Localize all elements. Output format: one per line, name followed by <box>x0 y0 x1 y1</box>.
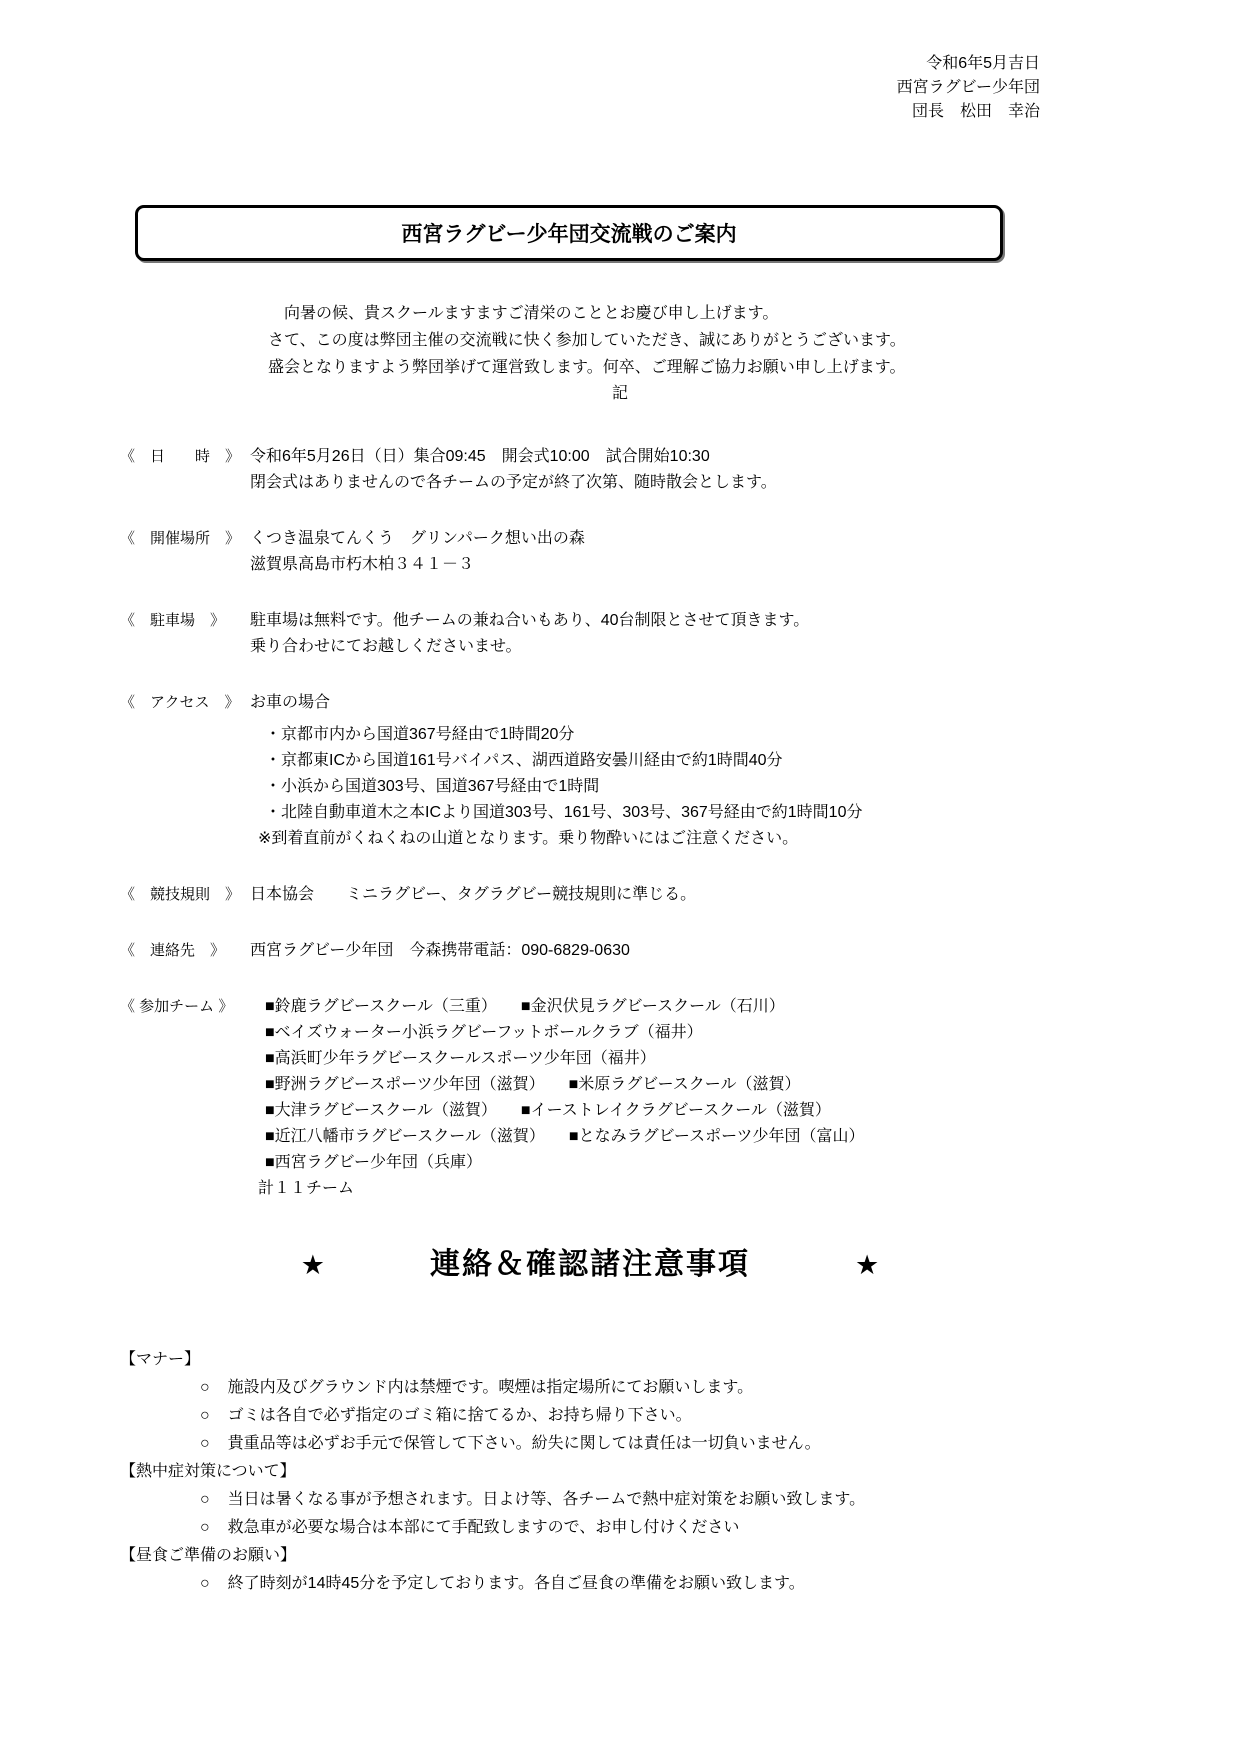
section-label: 《 開催場所 》 <box>120 526 250 578</box>
section-line: ・北陸自動車道木之本ICより国道303号、161号、303号、367号経由で約1… <box>250 800 1190 826</box>
notes-block: 【マナー】 ○施設内及びグラウンド内は禁煙です。喫煙は指定場所にてお願いします。… <box>120 1346 1180 1598</box>
team-line: ■野洲ラグビースポーツ少年団（滋賀） ■米原ラグビースクール（滋賀） <box>250 1072 1190 1098</box>
greeting-line: 向暑の候、貴スクールますますご清栄のこととお慶び申し上げます。 <box>268 300 906 327</box>
note-heading-lunch: 【昼食ご準備のお願い】 <box>120 1542 1180 1570</box>
section-label: 《 参加チーム 》 <box>120 994 250 1202</box>
section-row-contact: 《 連絡先 》 西宮ラグビー少年団 今森携帯電話：090-6829-0630 <box>120 938 1190 964</box>
section-line: 令和6年5月26日（日）集合09:45 開会式10:00 試合開始10:30 <box>250 444 1190 470</box>
section-row-datetime: 《 日 時 》 令和6年5月26日（日）集合09:45 開会式10:00 試合開… <box>120 444 1190 496</box>
note-item: ○施設内及びグラウンド内は禁煙です。喫煙は指定場所にてお願いします。 <box>120 1374 1180 1402</box>
section-row-teams: 《 参加チーム 》 ■鈴鹿ラグビースクール（三重） ■金沢伏見ラグビースクール（… <box>120 994 1190 1202</box>
section-label: 《 連絡先 》 <box>120 938 250 964</box>
note-item-text: 施設内及びグラウンド内は禁煙です。喫煙は指定場所にてお願いします。 <box>228 1379 753 1396</box>
section-body: 西宮ラグビー少年団 今森携帯電話：090-6829-0630 <box>250 938 1190 964</box>
header-organization: 西宮ラグビー少年団 <box>897 76 1040 100</box>
note-item-text: 貴重品等は必ずお手元で保管して下さい。紛失に関しては責任は一切負いません。 <box>228 1435 821 1452</box>
greeting-paragraph: 向暑の候、貴スクールますますご清栄のこととお慶び申し上げます。 さて、この度は弊… <box>268 300 906 381</box>
circle-bullet-icon: ○ <box>200 1374 210 1402</box>
star-icon: ★ <box>301 1243 325 1287</box>
notice-heading: 連絡＆確認諸注意事項 <box>430 1243 750 1287</box>
note-item: ○ゴミは各自で必ず指定のゴミ箱に捨てるか、お持ち帰り下さい。 <box>120 1402 1180 1430</box>
section-body: ■鈴鹿ラグビースクール（三重） ■金沢伏見ラグビースクール（石川） ■ベイズウォ… <box>250 994 1190 1202</box>
circle-bullet-icon: ○ <box>200 1430 210 1458</box>
title-box: 西宮ラグビー少年団交流戦のご案内 <box>135 205 1003 261</box>
section-line: ・京都市内から国道367号経由で1時間20分 <box>250 722 1190 748</box>
section-body: くつき温泉てんくう グリンパーク想い出の森 滋賀県高島市朽木柏３４１－３ <box>250 526 1190 578</box>
section-line: ・京都東ICから国道161号バイパス、湖西道路安曇川経由で約1時間40分 <box>250 748 1190 774</box>
team-line: ■西宮ラグビー少年団（兵庫） <box>250 1150 1190 1176</box>
section-line: ※到着直前がくねくねの山道となります。乗り物酔いにはご注意ください。 <box>250 826 1190 852</box>
note-item-text: 終了時刻が14時45分を予定しております。各自ご昼食の準備をお願い致します。 <box>228 1575 805 1592</box>
note-item-text: 救急車が必要な場合は本部にて手配致しますので、お申し付けください <box>228 1519 740 1536</box>
section-line: 日本協会 ミニラグビー、タグラグビー競技規則に準じる。 <box>250 882 1190 908</box>
circle-bullet-icon: ○ <box>200 1570 210 1598</box>
note-item: ○終了時刻が14時45分を予定しております。各自ご昼食の準備をお願い致します。 <box>120 1570 1180 1598</box>
info-sections: 《 日 時 》 令和6年5月26日（日）集合09:45 開会式10:00 試合開… <box>120 444 1190 1232</box>
section-label: 《 競技規則 》 <box>120 882 250 908</box>
section-row-parking: 《 駐車場 》 駐車場は無料です。他チームの兼ね合いもあり、40台制限とさせて頂… <box>120 608 1190 660</box>
greeting-line: さて、この度は弊団主催の交流戦に快く参加していただき、誠にありがとうございます。 <box>268 327 906 354</box>
section-body: 日本協会 ミニラグビー、タグラグビー競技規則に準じる。 <box>250 882 1190 908</box>
notice-heading-row: ★ 連絡＆確認諸注意事項 ★ <box>0 1243 1180 1287</box>
greeting-line: 盛会となりますよう弊団挙げて運営致します。何卒、ご理解ご協力お願い申し上げます。 <box>268 354 906 381</box>
section-label: 《 日 時 》 <box>120 444 250 496</box>
section-line: 滋賀県高島市朽木柏３４１－３ <box>250 552 1190 578</box>
section-row-rules: 《 競技規則 》 日本協会 ミニラグビー、タグラグビー競技規則に準じる。 <box>120 882 1190 908</box>
section-body: 令和6年5月26日（日）集合09:45 開会式10:00 試合開始10:30 閉… <box>250 444 1190 496</box>
circle-bullet-icon: ○ <box>200 1486 210 1514</box>
record-mark: 記 <box>0 381 1240 407</box>
note-heading-heatstroke: 【熱中症対策について】 <box>120 1458 1180 1486</box>
note-item: ○救急車が必要な場合は本部にて手配致しますので、お申し付けください <box>120 1514 1180 1542</box>
section-row-access: 《 アクセス 》 お車の場合 ・京都市内から国道367号経由で1時間20分 ・京… <box>120 690 1190 852</box>
note-item: ○貴重品等は必ずお手元で保管して下さい。紛失に関しては責任は一切負いません。 <box>120 1430 1180 1458</box>
header-date: 令和6年5月吉日 <box>897 52 1040 76</box>
section-label: 《 駐車場 》 <box>120 608 250 660</box>
document-page: 令和6年5月吉日 西宮ラグビー少年団 団長 松田 幸治 西宮ラグビー少年団交流戦… <box>0 0 1240 1754</box>
section-line: 乗り合わせにてお越しくださいませ。 <box>250 634 1190 660</box>
section-line: 駐車場は無料です。他チームの兼ね合いもあり、40台制限とさせて頂きます。 <box>250 608 1190 634</box>
section-label: 《 アクセス 》 <box>120 690 250 852</box>
section-row-venue: 《 開催場所 》 くつき温泉てんくう グリンパーク想い出の森 滋賀県高島市朽木柏… <box>120 526 1190 578</box>
star-icon: ★ <box>855 1243 879 1287</box>
team-line: ■近江八幡市ラグビースクール（滋賀） ■となみラグビースポーツ少年団（富山） <box>250 1124 1190 1150</box>
team-line: ■ベイズウォーター小浜ラグビーフットボールクラブ（福井） <box>250 1020 1190 1046</box>
section-body: お車の場合 ・京都市内から国道367号経由で1時間20分 ・京都東ICから国道1… <box>250 690 1190 852</box>
team-line: ■高浜町少年ラグビースクールスポーツ少年団（福井） <box>250 1046 1190 1072</box>
team-line: ■鈴鹿ラグビースクール（三重） ■金沢伏見ラグビースクール（石川） <box>250 994 1190 1020</box>
note-item-text: ゴミは各自で必ず指定のゴミ箱に捨てるか、お持ち帰り下さい。 <box>228 1407 692 1424</box>
document-header: 令和6年5月吉日 西宮ラグビー少年団 団長 松田 幸治 <box>897 52 1040 124</box>
team-total-line: 計１１チーム <box>250 1176 1190 1202</box>
team-line: ■大津ラグビースクール（滋賀） ■イーストレイクラグビースクール（滋賀） <box>250 1098 1190 1124</box>
header-leader: 団長 松田 幸治 <box>897 100 1040 124</box>
section-line: くつき温泉てんくう グリンパーク想い出の森 <box>250 526 1190 552</box>
document-title: 西宮ラグビー少年団交流戦のご案内 <box>401 223 736 246</box>
note-item: ○当日は暑くなる事が予想されます。日よけ等、各チームで熱中症対策をお願い致します… <box>120 1486 1180 1514</box>
section-line: 閉会式はありませんので各チームの予定が終了次第、随時散会とします。 <box>250 470 1190 496</box>
circle-bullet-icon: ○ <box>200 1514 210 1542</box>
section-line: お車の場合 <box>250 690 1190 716</box>
note-item-text: 当日は暑くなる事が予想されます。日よけ等、各チームで熱中症対策をお願い致します。 <box>228 1491 865 1508</box>
note-heading-manners: 【マナー】 <box>120 1346 1180 1374</box>
circle-bullet-icon: ○ <box>200 1402 210 1430</box>
section-line: 西宮ラグビー少年団 今森携帯電話：090-6829-0630 <box>250 938 1190 964</box>
section-line: ・小浜から国道303号、国道367号経由で1時間 <box>250 774 1190 800</box>
section-body: 駐車場は無料です。他チームの兼ね合いもあり、40台制限とさせて頂きます。 乗り合… <box>250 608 1190 660</box>
